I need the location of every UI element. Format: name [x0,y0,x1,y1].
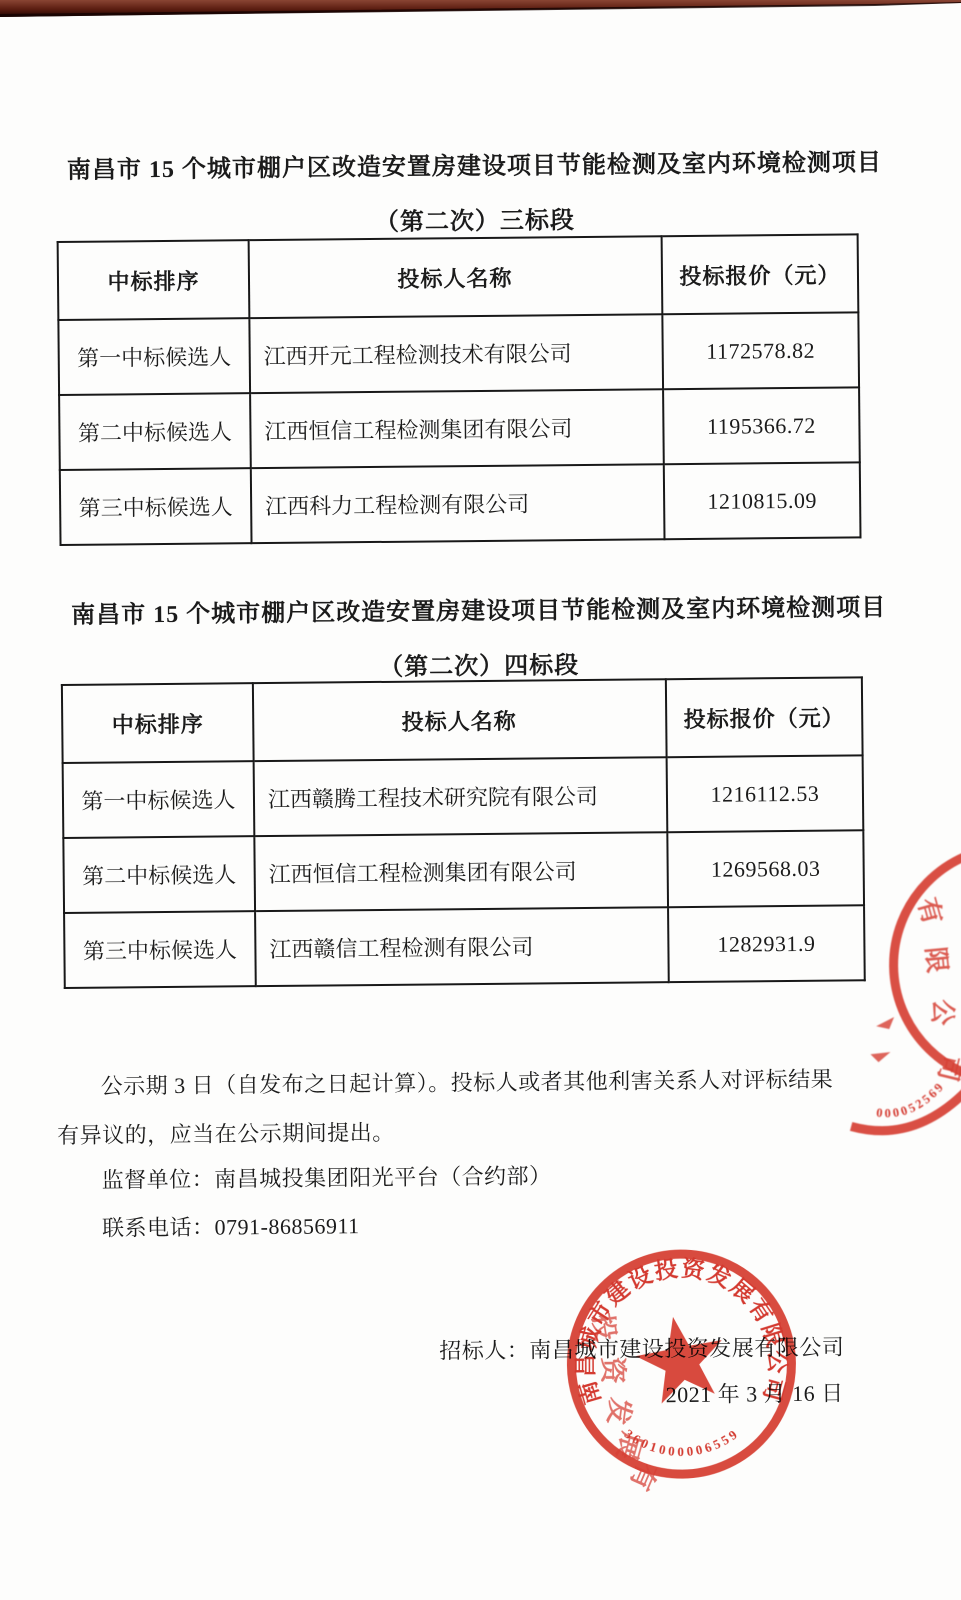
notice-line: 有异议的，应当在公示期间提出。 [57,1103,863,1160]
seal-mark [876,1017,894,1029]
supervisor-line: 监督单位：南昌城投集团阳光平台（合约部） [101,1159,551,1197]
bidder-cell: 江西恒信工程检测集团有限公司 [250,389,664,468]
rank-cell: 第三中标候选人 [60,468,252,545]
header-cell-bidder: 投标人名称 [253,679,667,761]
bidder-cell: 江西赣信工程检测有限公司 [255,907,669,986]
company-seal-stamp: 南昌城市建设投资发展有限公司 3601000006559 投 资 发 展 有 [540,1223,823,1506]
price-cell: 1172578.82 [662,312,859,389]
bidder-cell: 江西恒信工程检测集团有限公司 [254,832,668,911]
edge-seal-stamp: 有 限 公 司 000052569 [800,795,961,1157]
table-row: 第三中标候选人 江西科力工程检测有限公司 1210815.09 [60,462,861,545]
document-sheet: 南昌市 15 个城市棚户区改造安置房建设项目节能检测及室内环境检测项目 （第二次… [0,0,961,1600]
header-cell-price: 投标报价（元） [662,234,859,314]
header-cell-bidder: 投标人名称 [249,236,663,318]
table-row: 第一中标候选人 江西开元工程检测技术有限公司 1172578.82 [58,312,859,395]
table-header-row: 中标排序 投标人名称 投标报价（元） [58,234,859,320]
rank-cell: 第三中标候选人 [64,911,256,988]
rank-cell: 第一中标候选人 [58,318,250,395]
bid-table-lot3: 中标排序 投标人名称 投标报价（元） 第一中标候选人 江西开元工程检测技术有限公… [57,233,862,546]
title-line: 南昌市 15 个城市棚户区改造安置房建设项目节能检测及室内环境检测项目 [0,580,959,644]
header-cell-rank: 中标排序 [62,683,254,763]
bidder-cell: 江西科力工程检测有限公司 [251,464,665,543]
scanned-page: 南昌市 15 个城市棚户区改造安置房建设项目节能检测及室内环境检测项目 （第二次… [0,0,961,1600]
table-row: 第二中标候选人 江西恒信工程检测集团有限公司 1195366.72 [59,387,860,470]
bidder-cell: 江西开元工程检测技术有限公司 [249,314,663,393]
rank-cell: 第二中标候选人 [59,393,251,470]
rank-cell: 第二中标候选人 [63,836,255,913]
seal-arc-char: 限 [920,945,951,974]
seal-arc-char: 公 [927,998,958,1026]
price-cell: 1210815.09 [664,462,861,539]
table-row: 第三中标候选人 江西赣信工程检测有限公司 1282931.9 [64,905,865,988]
rank-cell: 第一中标候选人 [63,761,255,838]
header-cell-price: 投标报价（元） [666,677,863,757]
header-cell-rank: 中标排序 [58,240,250,320]
seal-ghost-char: 资 [597,1357,628,1385]
title-line: 南昌市 15 个城市棚户区改造安置房建设项目节能检测及室内环境检测项目 [0,135,955,199]
table-row: 第二中标候选人 江西恒信工程检测集团有限公司 1269568.03 [63,830,864,913]
table-row: 第一中标候选人 江西赣腾工程技术研究院有限公司 1216112.53 [63,755,864,838]
table-header-row: 中标排序 投标人名称 投标报价（元） [62,677,863,763]
seal-ghost-char: 投 [587,1311,622,1342]
seal-mark [870,1052,890,1062]
price-cell: 1195366.72 [663,387,860,464]
bid-table-lot4: 中标排序 投标人名称 投标报价（元） 第一中标候选人 江西赣腾工程技术研究院有限… [61,676,866,989]
bidder-cell: 江西赣腾工程技术研究院有限公司 [254,757,668,836]
notice-line: 公示期 3 日（自发布之日起计算）。投标人或者其他利害关系人对评标结果 [56,1054,862,1111]
seal-star-icon [635,1316,722,1403]
notice-paragraph: 公示期 3 日（自发布之日起计算）。投标人或者其他利害关系人对评标结果 有异议的… [56,1054,863,1160]
scan-edge-band [0,0,961,22]
phone-line: 联系电话：0791-86856911 [102,1209,360,1245]
seal-ghost-char: 发 [602,1396,636,1427]
